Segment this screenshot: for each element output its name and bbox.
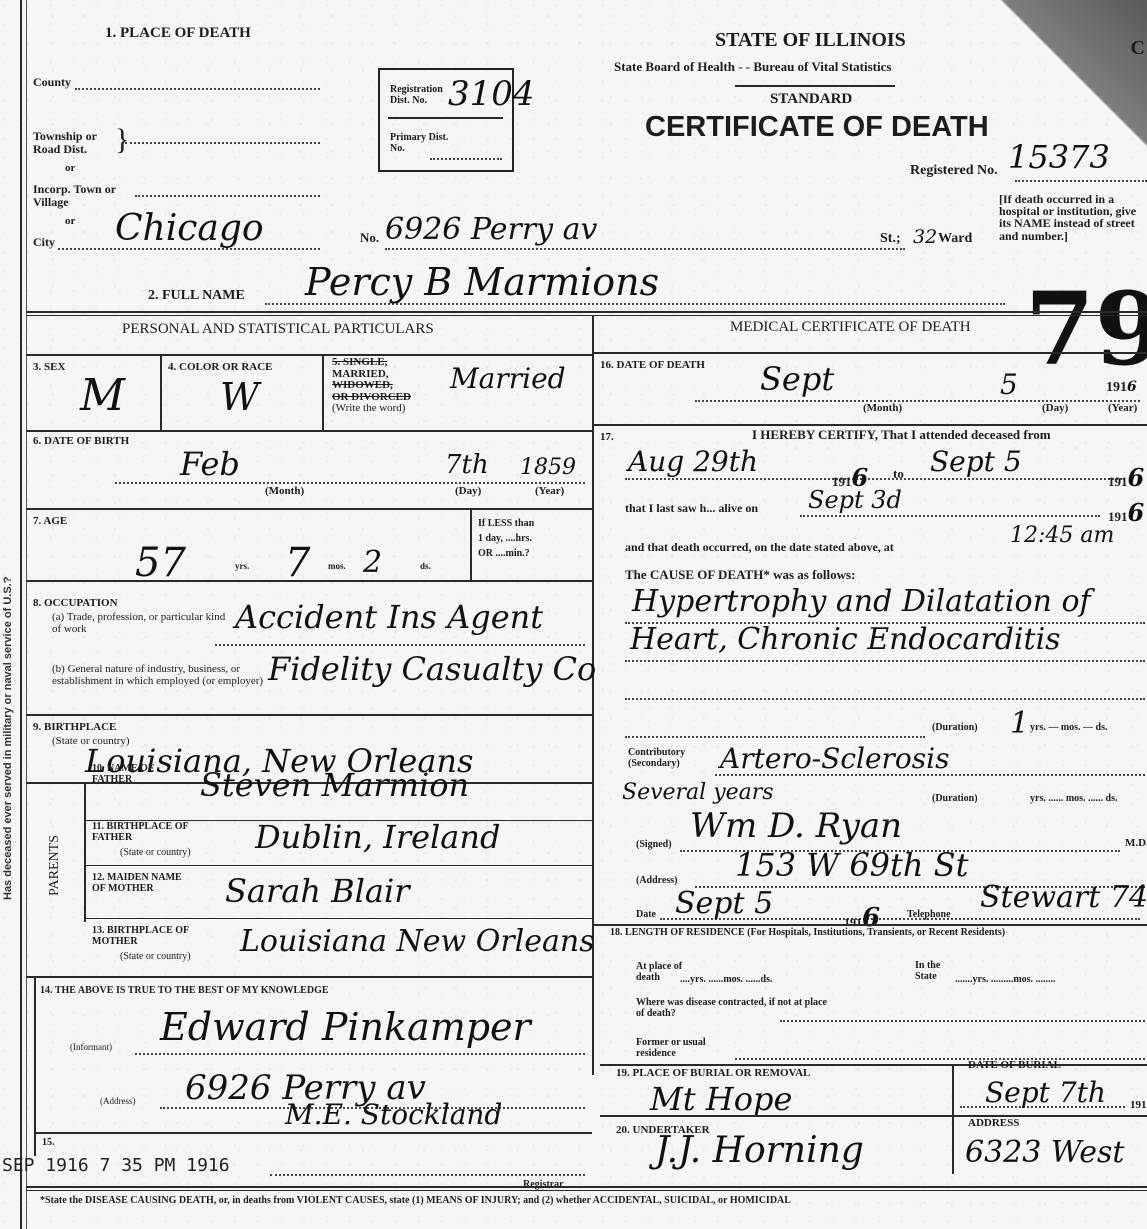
street-no-label: No. <box>360 231 379 245</box>
header-divider-2 <box>26 315 1147 316</box>
to-year: 1916 <box>1108 465 1144 490</box>
row-divider <box>600 1064 1147 1066</box>
last-saw-year: 1916 <box>1108 500 1144 525</box>
marital-label: 5. SINGLE, MARRIED, WIDOWED, OR DIVORCED… <box>332 357 411 415</box>
single-option: 5. SINGLE, <box>332 357 411 369</box>
personal-heading: PERSONAL AND STATISTICAL PARTICULARS <box>122 322 434 338</box>
date-value: Sept 5 <box>675 886 773 921</box>
corner-mark: C <box>1131 38 1145 59</box>
full-name-value: Percy B Marmions <box>305 260 659 304</box>
last-saw-label: that I last saw h... alive on <box>625 502 758 515</box>
time-value: 12:45 am <box>1010 523 1114 548</box>
signed-label: (Signed) <box>636 840 672 851</box>
mos-unit: mos. <box>328 562 346 571</box>
mother-birthplace-sub: (State or country) <box>120 952 191 963</box>
row-divider <box>84 865 592 866</box>
undertaker-address-value: 6323 West <box>965 1135 1124 1170</box>
race-label: 4. COLOR OR RACE <box>168 362 273 374</box>
date-of-death-label: 16. DATE OF DEATH <box>600 360 705 372</box>
st-label: St.; <box>880 232 901 247</box>
in-state-label: In the State <box>915 961 955 982</box>
birthplace-label: 9. BIRTHPLACE <box>33 722 116 734</box>
burial-date-label: DATE OF BURIAL <box>968 1060 1061 1072</box>
year-suffix: 6 <box>1128 498 1145 527</box>
registration-divider <box>388 117 503 119</box>
day-caption: (Day) <box>1042 403 1068 415</box>
mother-label: 12. MAIDEN NAME OF MOTHER <box>92 873 192 894</box>
occupation-label: 8. OCCUPATION <box>33 598 118 610</box>
row-divider <box>34 1132 592 1134</box>
street-line <box>385 248 905 250</box>
row-divider <box>26 714 592 716</box>
frame-left <box>20 0 22 1229</box>
city-label: City <box>33 236 55 249</box>
row-divider <box>26 976 592 978</box>
write-word-note: (Write the word) <box>332 403 411 415</box>
attended-line <box>625 478 1125 480</box>
father-birthplace-sub: (State or country) <box>120 848 191 859</box>
row-divider <box>84 918 592 919</box>
year-caption: (Year) <box>535 486 564 498</box>
filed-signature: M.E. Stockland <box>285 1098 502 1131</box>
county-line <box>75 88 320 90</box>
last-saw-line <box>800 515 1100 517</box>
burial-divider <box>952 1064 954 1174</box>
ds-unit: ds. <box>420 562 431 571</box>
row-divider <box>592 424 1147 426</box>
street-value: 6926 Perry av <box>385 212 597 247</box>
month-caption: (Month) <box>265 486 304 498</box>
last-saw-value: Sept 3d <box>808 486 902 514</box>
col-divider <box>160 354 162 430</box>
occupation-a-label: (a) Trade, profession, or particular kin… <box>52 612 227 635</box>
row-divider <box>26 430 592 432</box>
race-value: W <box>220 375 259 419</box>
burial-label: 19. PLACE OF BURIAL OR REMOVAL <box>616 1068 810 1080</box>
yrs-unit: yrs. <box>235 562 249 571</box>
dod-year: 1916 <box>1106 380 1137 396</box>
footer-divider-2 <box>26 1190 1147 1191</box>
dod-year-suffix: 6 <box>1127 379 1137 395</box>
duration-units: yrs. — mos. — ds. <box>1030 723 1108 734</box>
township-line <box>125 142 320 144</box>
row-divider <box>26 580 592 582</box>
date-label: Date <box>636 910 656 921</box>
torn-corner <box>987 0 1147 160</box>
sex-value: M <box>80 370 125 421</box>
registration-label: Registration Dist. No. <box>390 85 450 106</box>
occupation-a-line <box>215 644 585 646</box>
certificate-title: CERTIFICATE OF DEATH <box>645 112 989 142</box>
mother-birthplace-value: Louisiana New Orleans <box>240 924 595 959</box>
contributory-duration-value: Several years <box>622 780 774 805</box>
row-divider <box>26 354 592 356</box>
or-label: or <box>65 216 75 228</box>
cause-line-3 <box>625 698 1145 700</box>
occupation-a-value: Accident Ins Agent <box>235 598 543 636</box>
filed-label: 15. <box>42 1138 55 1149</box>
filed-stamp: SEP 1916 7 35 PM 1916 <box>2 1155 230 1176</box>
township-label: Township or Road Dist. <box>33 130 113 155</box>
cause-line-1-value: Hypertrophy and Dilatation of <box>632 584 1091 619</box>
contracted-line <box>780 1020 1145 1022</box>
father-birthplace-value: Dublin, Ireland <box>255 818 500 856</box>
former-residence-label: Former or usual residence <box>636 1038 716 1059</box>
primary-line <box>430 158 502 160</box>
margin-text: Has deceased ever served in military or … <box>2 380 16 900</box>
header-divider <box>26 311 1147 313</box>
father-value: Steven Marmion <box>200 766 469 804</box>
cause-line-2-value: Heart, Chronic Endocarditis <box>630 622 1061 657</box>
year-suffix: 6 <box>1128 463 1145 492</box>
dob-month: Feb <box>180 445 240 483</box>
burial-value: Mt Hope <box>650 1080 792 1118</box>
board-subtitle: State Board of Health - - Bureau of Vita… <box>614 60 891 74</box>
col-divider <box>470 508 472 580</box>
widowed-option: WIDOWED, <box>332 380 411 392</box>
signed-value: Wm D. Ryan <box>690 806 902 846</box>
telephone-value: Stewart 74 <box>980 880 1147 915</box>
age-label: 7. AGE <box>33 516 67 528</box>
county-label: County <box>33 76 71 89</box>
certify-num: 17. <box>600 432 614 444</box>
row-divider <box>600 1115 1147 1117</box>
registered-number: 15373 <box>1008 138 1110 176</box>
min-label: OR ....min.? <box>478 546 534 561</box>
month-caption: (Month) <box>863 403 902 415</box>
death-certificate: C Has deceased ever served in military o… <box>0 0 1147 1229</box>
footer-divider <box>26 1186 1147 1188</box>
less-than-box: If LESS than 1 day, ....hrs. OR ....min.… <box>478 516 534 561</box>
telephone-label: Telephone <box>907 910 951 921</box>
row-divider <box>592 352 1147 354</box>
registered-label: Registered No. <box>910 164 998 179</box>
informant-heading: 14. THE ABOVE IS TRUE TO THE BEST OF MY … <box>40 986 329 997</box>
hrs-label: 1 day, ....hrs. <box>478 531 534 546</box>
primary-label: Primary Dist. No. <box>390 133 450 154</box>
time-label: and that death occurred, on the date sta… <box>625 541 894 554</box>
burial-date-value: Sept 7th <box>985 1076 1106 1109</box>
contributory-value: Artero-Sclerosis <box>720 742 949 775</box>
residence-heading: 18. LENGTH OF RESIDENCE (For Hospitals, … <box>610 928 1147 939</box>
ward-value: 32 <box>913 226 937 248</box>
burial-year: 191 <box>1130 1100 1147 1112</box>
brace: } <box>115 124 129 156</box>
duration-years: 1 <box>1010 706 1029 741</box>
dod-year-prefix: 191 <box>1106 380 1127 395</box>
marital-value: Married <box>450 362 566 395</box>
medical-heading: MEDICAL CERTIFICATE OF DEATH <box>730 320 971 336</box>
in-state-units: .......yrs. .........mos. ........ <box>955 975 1056 986</box>
dob-year: 1859 <box>520 455 576 480</box>
duration-label-2: (Duration) <box>932 794 978 805</box>
undertaker-value: J.J. Horning <box>655 1130 864 1171</box>
attended-to: Sept 5 <box>930 445 1022 478</box>
full-name-label: 2. FULL NAME <box>148 289 245 304</box>
informant-value: Edward Pinkamper <box>160 1005 531 1049</box>
dod-line <box>695 400 1140 402</box>
year-prefix: 191 <box>1108 509 1128 524</box>
footer-note: *State the DISEASE CAUSING DEATH, or, in… <box>40 1196 791 1207</box>
dob-day: 7th <box>445 450 489 480</box>
cause-line-2 <box>625 660 1145 662</box>
standard-label: STANDARD <box>770 92 852 108</box>
parents-label: PARENTS <box>48 835 63 896</box>
row-divider <box>592 924 1147 926</box>
dod-day: 5 <box>1000 368 1018 401</box>
mother-value: Sarah Blair <box>225 872 410 910</box>
address-value: 153 W 69th St <box>735 846 968 884</box>
address-label: (Address) <box>636 876 677 887</box>
informant-line <box>135 1053 585 1055</box>
father-label: 10. NAME OF FATHER <box>92 764 172 785</box>
md-label: M.D. <box>1125 838 1147 850</box>
duration-line <box>625 736 925 738</box>
hospital-note: [If death occurred in a hospital or inst… <box>999 193 1147 242</box>
duration-units-2: yrs. ...... mos. ...... ds. <box>1030 794 1118 805</box>
registration-number: 3104 <box>448 74 535 114</box>
informant-label: (Informant) <box>70 1043 112 1052</box>
cause-label: The CAUSE OF DEATH* was as follows: <box>625 568 855 582</box>
attended-from: Aug 29th <box>628 445 758 478</box>
state-title: STATE OF ILLINOIS <box>715 30 906 51</box>
day-caption: (Day) <box>455 486 481 498</box>
informant-frame <box>34 976 36 1156</box>
occupation-b-value: Fidelity Casualty Co <box>268 650 596 688</box>
certify-text: I HEREBY CERTIFY, That I attended deceas… <box>752 428 1051 442</box>
duration-label: (Duration) <box>932 723 978 734</box>
place-of-death-heading: 1. PLACE OF DEATH <box>105 26 251 42</box>
dod-month: Sept <box>760 360 834 398</box>
column-divider <box>592 315 594 1075</box>
occupation-b-label: (b) General nature of industry, business… <box>52 664 267 687</box>
parents-divider <box>84 782 86 922</box>
at-place-units: ....yrs. ......mos. ......ds. <box>680 975 773 986</box>
to-label: to <box>893 467 904 481</box>
undertaker-address-label: ADDRESS <box>968 1118 1019 1130</box>
header-rule <box>735 85 895 87</box>
mother-birthplace-label: 13. BIRTHPLACE OF MOTHER <box>92 926 192 947</box>
year-caption: (Year) <box>1108 403 1137 415</box>
margin-number: 79 <box>1025 270 1147 388</box>
col-divider <box>322 354 324 430</box>
informant-address-label: (Address) <box>100 1097 136 1106</box>
year-prefix: 191 <box>1108 474 1128 489</box>
age-days: 2 <box>363 545 382 580</box>
frame-left-inner <box>26 0 27 1229</box>
town-line <box>135 195 320 197</box>
or-label: or <box>65 163 75 175</box>
row-divider <box>26 508 592 510</box>
contributory-label: Contributory (Secondary) <box>628 748 708 769</box>
dob-label: 6. DATE OF BIRTH <box>33 436 129 448</box>
less-than-label: If LESS than <box>478 516 534 531</box>
sex-label: 3. SEX <box>33 362 65 374</box>
ward-label: Ward <box>938 232 972 247</box>
registrar-line <box>270 1174 585 1176</box>
town-label: Incorp. Town or Village <box>33 183 123 208</box>
father-birthplace-label: 11. BIRTHPLACE OF FATHER <box>92 822 192 843</box>
former-residence-line <box>735 1058 1145 1060</box>
at-place-label: At place of death <box>636 962 686 983</box>
city-value: Chicago <box>115 208 264 249</box>
contracted-label: Where was disease contracted, if not at … <box>636 998 836 1019</box>
registered-line <box>1015 180 1147 182</box>
